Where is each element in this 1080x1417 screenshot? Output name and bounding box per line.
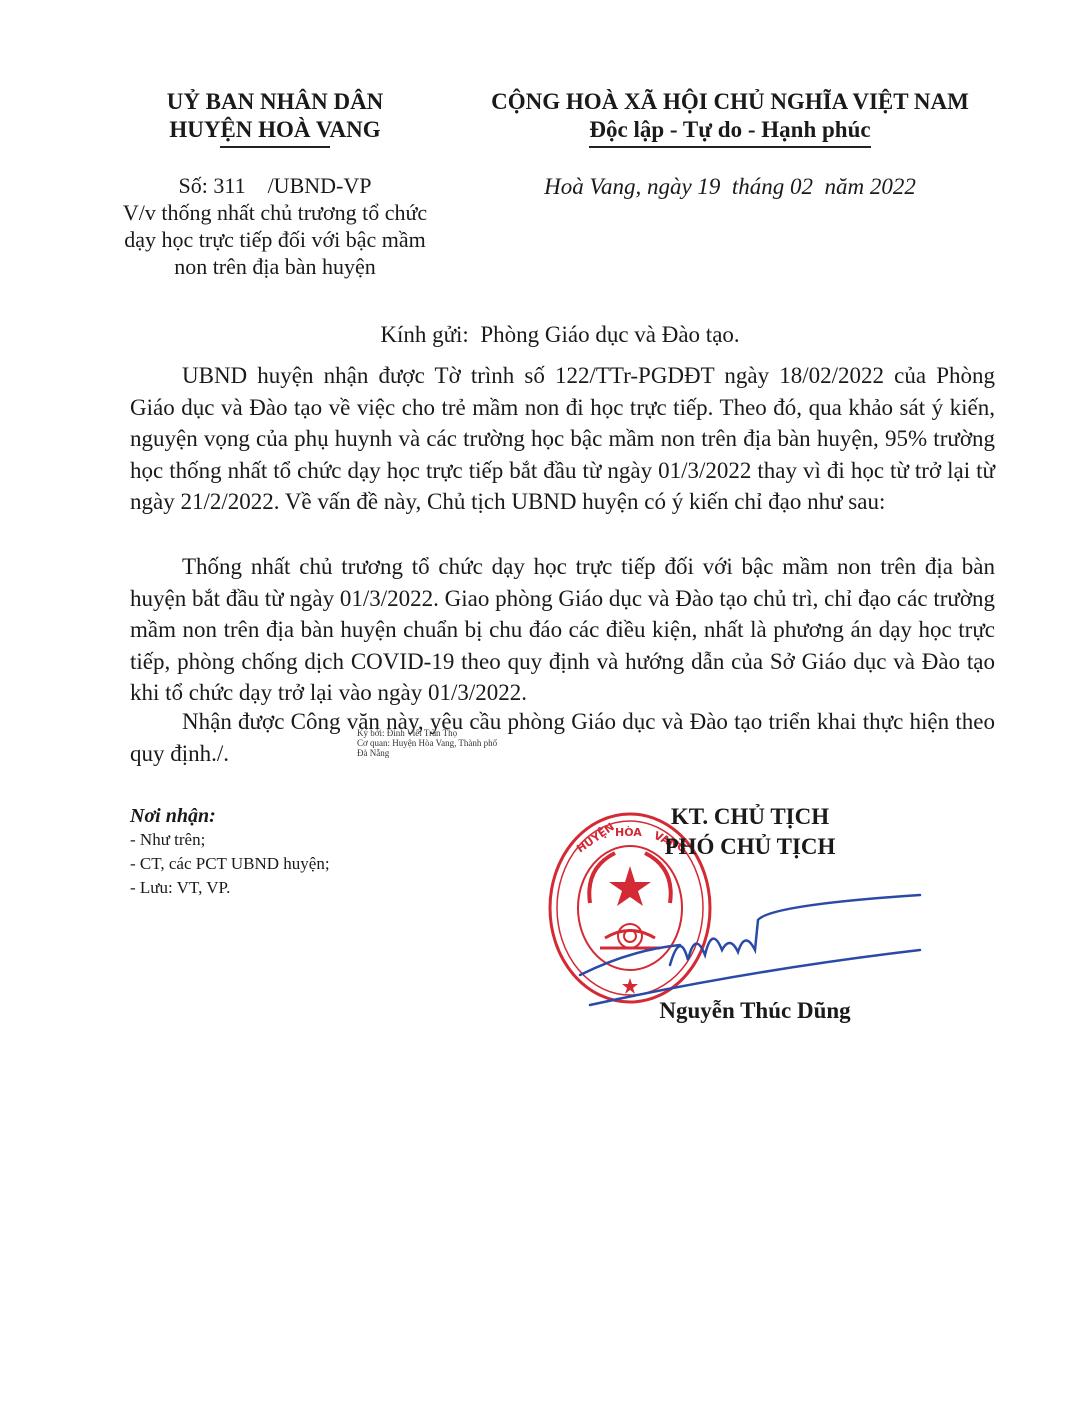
signing-agency-cont: Đà Nẵng [357, 748, 497, 758]
body-paragraph-1: UBND huyện nhận được Tờ trình số 122/TTr… [130, 360, 995, 518]
date-line: Hoà Vang, ngày 19 tháng 02 năm 2022 [460, 174, 1000, 200]
signer-name: Nguyễn Thúc Dũng [620, 998, 890, 1024]
digital-signature-info: Ký bởi: Đinh Viết Trần Thọ Cơ quan: Huyệ… [357, 728, 497, 758]
document-number: Số: 311 /UBND-VP [100, 172, 450, 199]
signing-agency: Cơ quan: Huyện Hòa Vang, Thành phố [357, 738, 497, 748]
body-paragraph-3: Nhận được Công văn này, yêu cầu phòng Gi… [130, 706, 995, 769]
signed-by: Ký bởi: Đinh Viết Trần Thọ [357, 728, 497, 738]
body-paragraph-2: Thống nhất chủ trương tổ chức dạy học tr… [130, 551, 995, 709]
recipient-item: - Lưu: VT, VP. [130, 876, 330, 900]
issuing-authority: UỶ BAN NHÂN DÂN HUYỆN HOÀ VANG [100, 88, 450, 148]
subject-line: non trên địa bàn huyện [100, 253, 450, 280]
recipients-block: Nơi nhận: - Như trên; - CT, các PCT UBND… [130, 804, 330, 900]
authority-line2: HUYỆN HOÀ VANG [100, 116, 450, 144]
national-motto: Độc lập - Tự do - Hạnh phúc [589, 116, 870, 148]
authority-underline [220, 146, 330, 148]
subject-line: dạy học trực tiếp đối với bậc mầm [100, 226, 450, 253]
national-title-line1: CỘNG HOÀ XÃ HỘI CHỦ NGHĨA VIỆT NAM [460, 88, 1000, 116]
signature-title-line1: KT. CHỦ TỊCH [600, 802, 900, 832]
greeting: Kính gửi: Phòng Giáo dục và Đào tạo. [120, 322, 1000, 348]
signature-title: KT. CHỦ TỊCH PHÓ CHỦ TỊCH [600, 802, 900, 862]
signature-title-line2: PHÓ CHỦ TỊCH [600, 832, 900, 862]
handwritten-signature-icon [570, 890, 930, 1010]
authority-line1: UỶ BAN NHÂN DÂN [100, 88, 450, 116]
recipient-item: - Như trên; [130, 828, 330, 852]
national-title: CỘNG HOÀ XÃ HỘI CHỦ NGHĨA VIỆT NAM Độc l… [460, 88, 1000, 148]
recipients-title: Nơi nhận: [130, 804, 330, 828]
recipient-item: - CT, các PCT UBND huyện; [130, 852, 330, 876]
document-number-block: Số: 311 /UBND-VP V/v thống nhất chủ trươ… [100, 172, 450, 280]
subject-line: V/v thống nhất chủ trương tổ chức [100, 199, 450, 226]
